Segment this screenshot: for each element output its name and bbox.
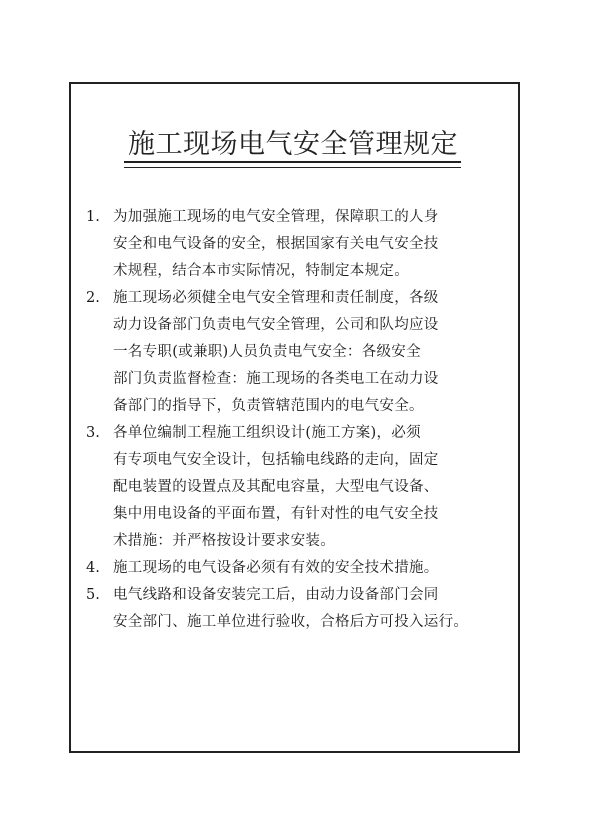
item-text-line: 有专项电气安全设计，包括输电线路的走向，固定 (113, 447, 506, 474)
regulation-item-5: 5. 电气线路和设备安装完工后，由动力设备部门会同 安全部门、施工单位进行验收，… (86, 582, 506, 636)
item-text-line: 备部门的指导下，负责管辖范围内的电气安全。 (113, 393, 506, 420)
item-text-line: 部门负责监督检查：施工现场的各类电工在动力设 (113, 366, 506, 393)
item-text-line: 施工现场必须健全电气安全管理和责任制度，各级 (113, 285, 506, 312)
document-title: 施工现场电气安全管理规定 (124, 122, 462, 161)
item-text-line: 为加强施工现场的电气安全管理，保障职工的人身 (113, 204, 506, 231)
item-text-line: 术措施：并严格按设计要求安装。 (113, 528, 506, 555)
item-text-line: 配电装置的设置点及其配电容量，大型电气设备、 (113, 474, 506, 501)
item-number: 1. (86, 204, 100, 231)
item-text-line: 集中用电设备的平面布置，有针对性的电气安全技 (113, 501, 506, 528)
title-underline-thick (124, 161, 461, 163)
item-text-line: 安全部门、施工单位进行验收，合格后方可投入运行。 (113, 609, 506, 636)
item-number: 4. (86, 555, 100, 582)
regulation-item-4: 4. 施工现场的电气设备必须有有效的安全技术措施。 (86, 555, 506, 582)
item-text-line: 各单位编制工程施工组织设计(施工方案)，必须 (113, 420, 506, 447)
item-text-line: 电气线路和设备安装完工后，由动力设备部门会同 (113, 582, 506, 609)
regulation-item-1: 1. 为加强施工现场的电气安全管理，保障职工的人身 安全和电气设备的安全，根据国… (86, 204, 506, 285)
regulation-item-2: 2. 施工现场必须健全电气安全管理和责任制度，各级 动力设备部门负责电气安全管理… (86, 285, 506, 420)
item-number: 5. (86, 582, 100, 609)
item-number: 3. (86, 420, 100, 447)
item-text-line: 施工现场的电气设备必须有有效的安全技术措施。 (113, 555, 506, 582)
title-underline-thin (124, 167, 461, 168)
item-text-line: 动力设备部门负责电气安全管理，公司和队均应设 (113, 312, 506, 339)
item-number: 2. (86, 285, 100, 312)
item-text-line: 术规程，结合本市实际情况，特制定本规定。 (113, 258, 506, 285)
item-text-line: 一名专职(或兼职)人员负责电气安全：各级安全 (113, 339, 506, 366)
item-text-line: 安全和电气设备的安全，根据国家有关电气安全技 (113, 231, 506, 258)
regulation-item-3: 3. 各单位编制工程施工组织设计(施工方案)，必须 有专项电气安全设计，包括输电… (86, 420, 506, 555)
regulation-list: 1. 为加强施工现场的电气安全管理，保障职工的人身 安全和电气设备的安全，根据国… (86, 204, 506, 636)
